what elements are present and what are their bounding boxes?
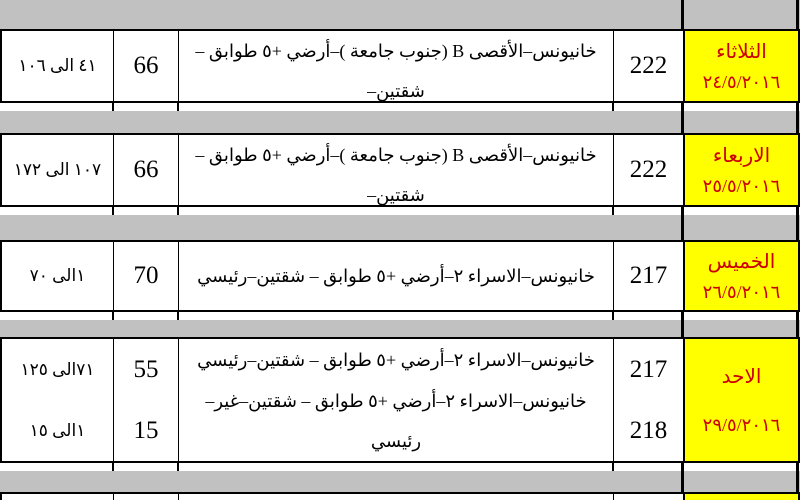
serial-cell: 222 [613,31,683,101]
range-value: ١٠٧ الى ١٧٢ [14,160,101,180]
row-substrip [0,103,800,111]
column-border-line [681,215,684,240]
day-label: الاحد [722,364,762,389]
column-border-line [796,471,799,492]
description-text: خانيونس–الاسراء ٢–أرضي +٥ طوابق – شقتين–… [179,256,613,296]
column-border-line [796,312,799,320]
range-cell [2,494,113,500]
range-cell: ٤١ الى ١٠٦ [2,31,113,101]
count-cell: 55 15 [113,339,178,461]
column-border-line [681,320,684,337]
range-value: ٤١ الى ١٠٦ [18,56,96,76]
column-border-line [681,111,684,133]
count-cell [113,494,178,500]
table-row: ٤١ الى ١٠٦ 66 خانيونس–الأقصى B (جنوب جام… [0,29,800,103]
count-cell: 66 [113,135,178,205]
range-cell: ١الى ٧٠ [2,242,113,310]
column-border-line [796,103,799,111]
day-label: الثلاثاء [716,39,767,64]
serial-value: 218 [630,417,668,445]
column-border-line [112,103,114,111]
row-spacer [0,0,800,29]
date-label: ٢٥/٥/٢٠١٦ [703,176,781,197]
range-cell: ١٠٧ الى ١٧٢ [2,135,113,205]
day-label: الاربعاء [713,143,770,168]
column-border-line [177,103,179,111]
description-text: خانيونس–الأقصى B (جنوب جامعة )–أرضي +٥ ط… [179,135,613,205]
column-border-line [681,103,684,111]
row-spacer [0,320,800,337]
count-value: 66 [134,156,159,184]
count-value: 15 [134,417,159,445]
range-value: ٧١الى ١٢٥ [21,360,95,380]
serial-value: 222 [630,156,668,184]
row-spacer [0,471,800,492]
description-text: خانيونس–الاسراء ٢–أرضي +٥ طوابق – شقتين–… [179,381,613,461]
serial-value: 217 [630,356,668,384]
row-spacer [0,215,800,240]
day-date-cell [683,494,798,500]
schedule-table: ٤١ الى ١٠٦ 66 خانيونس–الأقصى B (جنوب جام… [0,0,800,500]
row-spacer [0,111,800,133]
column-border-line [796,0,799,29]
range-value: ١الى ٧٠ [30,266,86,286]
column-border-line [612,207,614,215]
description-text: خانيونس–الأقصى B (جنوب جامعة )–أرضي +٥ ط… [179,31,613,101]
column-border-line [796,111,799,133]
serial-value: 217 [630,262,668,290]
day-date-cell: الاربعاء ٢٥/٥/٢٠١٦ [683,135,798,205]
table-row: ٧١الى ١٢٥ ١الى ١٥ 55 15 خانيونس–الاسراء … [0,337,800,463]
column-border-line [796,463,799,471]
description-cell: خانيونس–الأقصى B (جنوب جامعة )–أرضي +٥ ط… [178,31,613,101]
column-border-line [112,312,114,320]
column-border-line [177,207,179,215]
count-value: 66 [134,52,159,80]
range-cell: ٧١الى ١٢٥ ١الى ١٥ [2,339,113,461]
serial-value: 222 [630,52,668,80]
count-value: 70 [134,262,159,290]
column-border-line [681,207,684,215]
description-cell: خانيونس–الاسراء ٢–أرضي +٥ طوابق – شقتين–… [178,339,613,461]
serial-cell: 217 218 [613,339,683,461]
serial-cell [613,494,683,500]
day-date-cell: الخميس ٢٦/٥/٢٠١٦ [683,242,798,310]
column-border-line [796,207,799,215]
description-cell [178,494,613,500]
day-label: الخميس [708,249,776,274]
table-row: ١٠٧ الى ١٧٢ 66 خانيونس–الأقصى B (جنوب جا… [0,133,800,207]
description-cell: خانيونس–الأقصى B (جنوب جامعة )–أرضي +٥ ط… [178,135,613,205]
column-border-line [796,215,799,240]
table-row: ١الى ٧٠ 70 خانيونس–الاسراء ٢–أرضي +٥ طوا… [0,240,800,312]
table-row-partial [0,492,800,500]
day-date-cell: الاحد ٢٩/٥/٢٠١٦ [683,339,798,461]
column-border-line [681,312,684,320]
column-border-line [796,320,799,337]
row-substrip [0,312,800,320]
date-label: ٢٦/٥/٢٠١٦ [703,282,781,303]
count-value: 55 [134,356,159,384]
row-substrip [0,463,800,471]
count-cell: 66 [113,31,178,101]
description-text: خانيونس–الاسراء ٢–أرضي +٥ طوابق – شقتين–… [179,340,613,380]
column-border-line [681,0,684,29]
serial-cell: 217 [613,242,683,310]
column-border-line [612,312,614,320]
date-label: ٢٤/٥/٢٠١٦ [703,72,781,93]
column-border-line [612,103,614,111]
serial-cell: 222 [613,135,683,205]
day-date-cell: الثلاثاء ٢٤/٥/٢٠١٦ [683,31,798,101]
column-border-line [681,463,684,471]
column-border-line [177,463,179,471]
column-border-line [112,207,114,215]
column-border-line [612,463,614,471]
description-cell: خانيونس–الاسراء ٢–أرضي +٥ طوابق – شقتين–… [178,242,613,310]
date-label: ٢٩/٥/٢٠١٦ [703,415,781,436]
column-border-line [177,312,179,320]
range-value: ١الى ١٥ [30,421,86,441]
column-border-line [112,463,114,471]
column-border-line [681,471,684,492]
count-cell: 70 [113,242,178,310]
row-substrip [0,207,800,215]
